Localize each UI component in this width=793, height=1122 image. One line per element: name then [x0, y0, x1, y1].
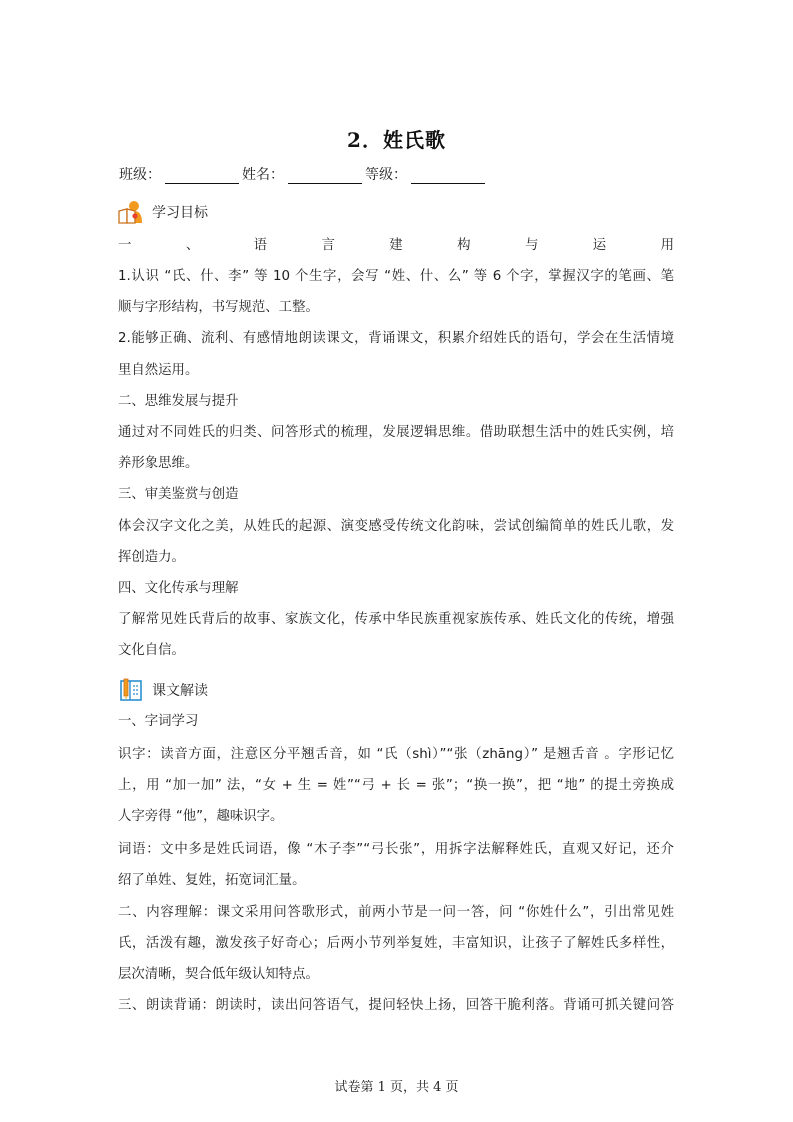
text-line: 一、语言建构与运用 [118, 237, 674, 255]
text-line: 四、文化传承与理解 [118, 580, 674, 598]
text-line: 文化自信。 [118, 642, 674, 660]
text-line: 挥创造力。 [118, 549, 674, 567]
notebook-pencil-icon [118, 678, 144, 702]
text-line: 氏，活泼有趣，激发孩子好奇心；后两小节列举复姓，丰富知识，让孩子了解姓氏多样性， [118, 935, 674, 953]
page-title: 2．姓氏歌 [0, 124, 793, 153]
class-label: 班级： [119, 164, 161, 184]
text-line: 了解常见姓氏背后的故事、家族文化，传承中华民族重视家族传承、姓氏文化的传统，增强 [118, 611, 674, 629]
student-info-row: 班级： 姓名： 等级： [119, 164, 488, 184]
text-line: 上，用 “加一加” 法，“女 + 生 = 姓”“弓 + 长 = 张”；“换一换”… [118, 777, 674, 795]
text-line: 人字旁得 “他”，趣味识字。 [118, 808, 674, 826]
grade-label: 等级： [365, 164, 407, 184]
text-line: 二、思维发展与提升 [118, 393, 674, 411]
text-line: 一、字词学习 [118, 713, 674, 731]
text-line: 识字：读音方面，注意区分平翘舌音，如 “氏（shì）”“张（zhāng）” 是翘… [118, 746, 674, 764]
text-line: 绍了单姓、复姓，拓宽词汇量。 [118, 872, 674, 890]
text-line: 体会汉字文化之美，从姓氏的起源、演变感受传统文化韵味，尝试创编简单的姓氏儿歌，发 [118, 518, 674, 536]
name-label: 姓名： [242, 164, 284, 184]
class-field[interactable] [165, 169, 239, 184]
section-heading-label: 课文解读 [152, 680, 208, 700]
text-line: 层次清晰，契合低年级认知特点。 [118, 966, 674, 984]
text-line: 里自然运用。 [118, 362, 674, 380]
reading-person-icon [118, 200, 144, 224]
name-field[interactable] [288, 169, 362, 184]
section-heading-learning-goals: 学习目标 [118, 200, 208, 224]
text-line: 顺与字形结构，书写规范、工整。 [118, 299, 674, 317]
text-line: 1.认识 “氏、什、李” 等 10 个生字，会写 “姓、什、么” 等 6 个字，… [118, 268, 674, 286]
document-page: 2．姓氏歌 班级： 姓名： 等级： 学习目标 一、语言建构与运用 1.认识 “氏… [0, 0, 793, 1122]
text-line: 2.能够正确、流利、有感情地朗读课文，背诵课文，积累介绍姓氏的语句，学会在生活情… [118, 330, 674, 348]
text-line: 养形象思维。 [118, 455, 674, 473]
text-line: 词语：文中多是姓氏词语，像 “木子李”“弓长张”，用拆字法解释姓氏，直观又好记，… [118, 841, 674, 859]
section-heading-text-analysis: 课文解读 [118, 678, 208, 702]
text-line: 三、审美鉴赏与创造 [118, 486, 674, 504]
text-line: 二、内容理解：课文采用问答歌形式，前两小节是一问一答，问 “你姓什么”，引出常见… [118, 904, 674, 922]
page-footer: 试卷第 1 页，共 4 页 [0, 1076, 793, 1095]
section-heading-label: 学习目标 [152, 202, 208, 222]
grade-field[interactable] [411, 169, 485, 184]
text-line: 三、朗读背诵：朗读时，读出问答语气，提问轻快上扬，回答干脆利落。背诵可抓关键问答 [118, 997, 674, 1015]
text-line: 通过对不同姓氏的归类、问答形式的梳理，发展逻辑思维。借助联想生活中的姓氏实例，培 [118, 424, 674, 442]
